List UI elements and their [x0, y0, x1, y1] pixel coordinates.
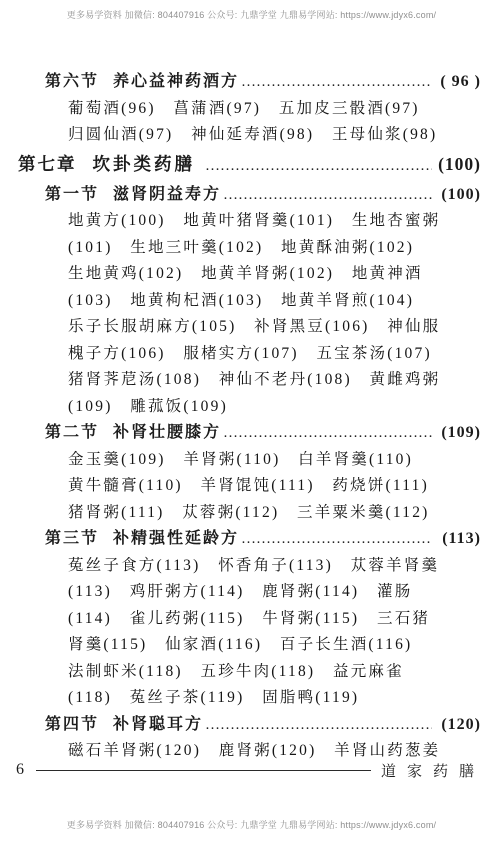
recipe-item-line: (103) 地黄枸杞酒(103) 地黄羊肾煎(104) [68, 288, 481, 315]
section-heading: 第二节补肾壮腰膝方…………………………………………………………………………………… [18, 420, 481, 447]
dot-leader: ……………………………………………………………………………………………… [223, 420, 432, 447]
toc-entry: 第二节补肾壮腰膝方…………………………………………………………………………………… [18, 420, 481, 526]
heading-page-number: (100) [435, 149, 481, 180]
toc-entry: 第四节补肾聪耳方……………………………………………………………………………………… [18, 712, 481, 765]
recipe-item-line: 生地黄鸡(102) 地黄羊肾粥(102) 地黄神酒 [68, 261, 481, 288]
heading-title: 补肾聪耳方 [113, 712, 203, 739]
heading-label: 第三节 [45, 526, 99, 553]
heading-title: 养心益神药酒方 [113, 69, 239, 96]
toc-content: 第六节养心益神药酒方………………………………………………………………………………… [18, 69, 481, 765]
recipe-item-line: 黄牛髓膏(110) 羊肾馄饨(111) 药烧饼(111) [68, 473, 481, 500]
toc-entry: 第六节养心益神药酒方………………………………………………………………………………… [18, 69, 481, 149]
recipe-item-line: (113) 鸡肝粥方(114) 鹿肾粥(114) 灌肠 [68, 579, 481, 606]
heading-page-number: (113) [435, 526, 481, 553]
recipe-item-lines: 菟丝子食方(113) 怀香角子(113) 苁蓉羊肾羹(113) 鸡肝粥方(114… [18, 553, 481, 712]
recipe-item-lines: 葡萄酒(96) 菖蒲酒(97) 五加皮三骰酒(97)归圆仙酒(97) 神仙延寿酒… [18, 96, 481, 149]
toc-entry: 第三节补精强性延龄方………………………………………………………………………………… [18, 526, 481, 712]
chapter-heading: 第七章坎卦类药膳……………………………………………………………………………………… [18, 149, 481, 182]
heading-title: 滋肾阴益寿方 [113, 182, 221, 209]
recipe-item-line: 葡萄酒(96) 菖蒲酒(97) 五加皮三骰酒(97) [68, 96, 481, 123]
heading-title: 补精强性延龄方 [113, 526, 239, 553]
heading-page-number: (109) [435, 420, 481, 447]
toc-entry: 第七章坎卦类药膳……………………………………………………………………………………… [18, 149, 481, 182]
watermark-bottom: 更多易学资料 加微信: 804407916 公众号: 九鼎学堂 九鼎易学网站: … [0, 818, 503, 831]
watermark-top: 更多易学资料 加微信: 804407916 公众号: 九鼎学堂 九鼎易学网站: … [0, 8, 503, 21]
heading-label: 第二节 [45, 420, 99, 447]
heading-title: 坎卦类药膳 [93, 149, 196, 180]
dot-leader: ……………………………………………………………………………………………… [205, 151, 432, 182]
heading-label: 第四节 [45, 712, 99, 739]
footer-rule [36, 770, 371, 771]
heading-label: 第六节 [45, 69, 99, 96]
recipe-item-lines: 金玉羹(109) 羊肾粥(110) 白羊肾羹(110)黄牛髓膏(110) 羊肾馄… [18, 447, 481, 527]
recipe-item-line: (109) 雕菰饭(109) [68, 394, 481, 421]
recipe-item-line: 乐子长服胡麻方(105) 补肾黑豆(106) 神仙服 [68, 314, 481, 341]
dot-leader: ……………………………………………………………………………………………… [241, 526, 432, 553]
section-heading: 第四节补肾聪耳方……………………………………………………………………………………… [18, 712, 481, 739]
toc-entry: 第一节滋肾阴益寿方…………………………………………………………………………………… [18, 182, 481, 421]
recipe-item-line: 猪肾荠苨汤(108) 神仙不老丹(108) 黄雌鸡粥 [68, 367, 481, 394]
section-heading: 第三节补精强性延龄方………………………………………………………………………………… [18, 526, 481, 553]
recipe-item-line: (114) 雀儿药粥(115) 牛肾粥(115) 三石猪 [68, 606, 481, 633]
page-number: 6 [16, 761, 24, 779]
heading-page-number: (120) [435, 712, 481, 739]
recipe-item-line: 归圆仙酒(97) 神仙延寿酒(98) 王母仙浆(98) [68, 122, 481, 149]
heading-page-number: ( 96 ) [435, 69, 481, 96]
recipe-item-line: 槐子方(106) 服楮实方(107) 五宝茶汤(107) [68, 341, 481, 368]
dot-leader: ……………………………………………………………………………………………… [223, 182, 432, 209]
recipe-item-line: 猪肾粥(111) 苁蓉粥(112) 三羊粟米羹(112) [68, 500, 481, 527]
book-title: 道家药膳 [381, 760, 485, 781]
recipe-item-line: 肾羹(115) 仙家酒(116) 百子长生酒(116) [68, 632, 481, 659]
heading-label: 第一节 [45, 182, 99, 209]
heading-label: 第七章 [18, 149, 77, 180]
recipe-item-line: 金玉羹(109) 羊肾粥(110) 白羊肾羹(110) [68, 447, 481, 474]
recipe-item-line: (101) 生地三叶羹(102) 地黄酥油粥(102) [68, 235, 481, 262]
section-heading: 第六节养心益神药酒方………………………………………………………………………………… [18, 69, 481, 96]
recipe-item-line: 法制虾米(118) 五珍牛肉(118) 益元麻雀 [68, 659, 481, 686]
dot-leader: ……………………………………………………………………………………………… [205, 712, 432, 739]
book-page: 更多易学资料 加微信: 804407916 公众号: 九鼎学堂 九鼎易学网站: … [0, 0, 503, 851]
recipe-item-lines: 地黄方(100) 地黄叶猪肾羹(101) 生地杏蜜粥(101) 生地三叶羹(10… [18, 208, 481, 420]
heading-page-number: (100) [435, 182, 481, 209]
recipe-item-line: 菟丝子食方(113) 怀香角子(113) 苁蓉羊肾羹 [68, 553, 481, 580]
heading-title: 补肾壮腰膝方 [113, 420, 221, 447]
recipe-item-line: 地黄方(100) 地黄叶猪肾羹(101) 生地杏蜜粥 [68, 208, 481, 235]
page-footer: 6 道家药膳 [16, 758, 485, 782]
recipe-item-line: (118) 菟丝子茶(119) 固脂鸭(119) [68, 685, 481, 712]
dot-leader: ……………………………………………………………………………………………… [241, 69, 432, 96]
section-heading: 第一节滋肾阴益寿方…………………………………………………………………………………… [18, 182, 481, 209]
